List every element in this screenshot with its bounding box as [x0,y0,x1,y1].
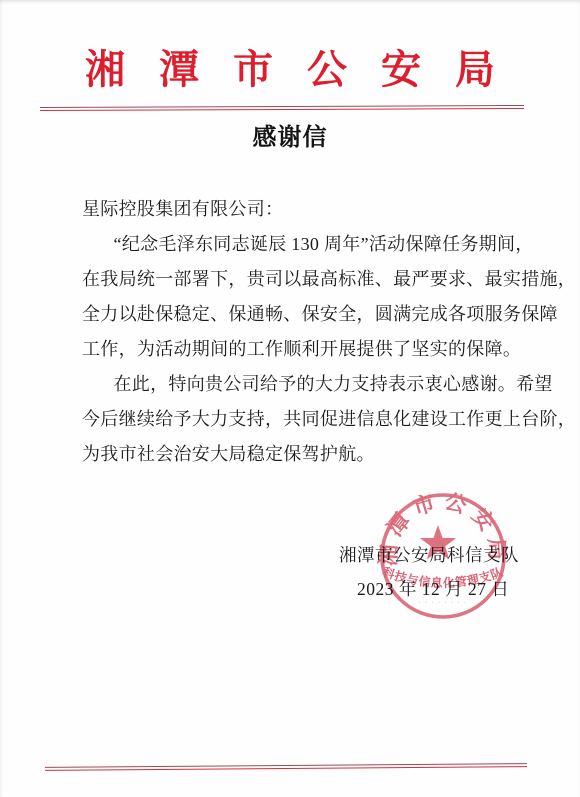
body-line: 今后继续给予大力支持，共同促进信息化建设工作更上台阶， [82,402,547,437]
footer-double-rule [45,763,527,771]
body-line: 在我局统一部署下，贵司以最高标准、最严要求、最实措施， [82,262,547,297]
body-line: “纪念毛泽东同志诞辰 130 周年”活动保障任务期间， [82,227,547,262]
body-line: 工作，为活动期间的工作顺利开展提供了坚实的保障。 [82,332,547,367]
body-line: 为我市社会治安大局稳定保驾护航。 [82,437,547,472]
agency-header: 湘潭市公安局 [0,42,580,98]
letter-page: 湘潭市公安局 感谢信 星际控股集团有限公司： “纪念毛泽东同志诞辰 130 周年… [0,0,580,797]
salutation: 星际控股集团有限公司： [82,192,547,227]
signature-date: 2023 年 12 月 27 日 [357,576,509,601]
signature-unit: 湘潭市公安局科信支队 [339,542,519,567]
letter-body: 星际控股集团有限公司： “纪念毛泽东同志诞辰 130 周年”活动保障任务期间， … [82,192,547,472]
body-line: 在此，特向贵公司给予的大力支持表示衷心感谢。希望 [82,367,547,402]
letter-title: 感谢信 [0,123,580,153]
header-double-rule [40,105,524,112]
body-line: 全力以赴保稳定、保通畅、保安全，圆满完成各项服务保障 [82,297,547,332]
